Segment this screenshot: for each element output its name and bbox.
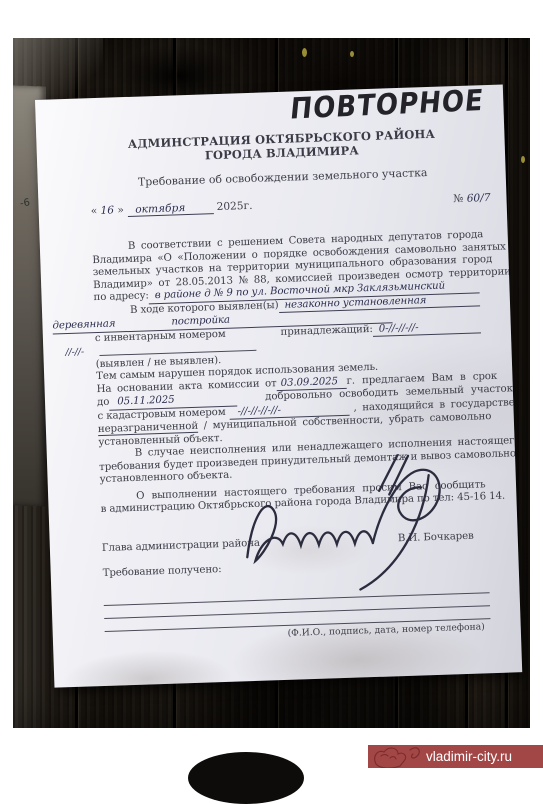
wood-marking: -6	[19, 197, 30, 209]
quote-close: »	[117, 204, 124, 216]
doc-number: № 60/7	[453, 192, 491, 205]
quote-open: «	[91, 205, 98, 217]
date-row: « 16 » октября 2025г. № 60/7	[91, 192, 477, 218]
date-day-handwritten: 16	[100, 204, 114, 216]
lichen-speck	[521, 156, 525, 163]
lichen-speck	[350, 51, 354, 57]
watermark-banner: vladimir-city.ru	[368, 745, 543, 768]
org-name: АДМИНСТРАЦИЯ ОКТЯБРЬСКОГО РАЙОНА ГОРОДА …	[88, 125, 475, 166]
date-year: 2025г.	[216, 200, 252, 213]
address-label: по адресу:	[93, 290, 149, 304]
number-value-handwritten: 60/7	[467, 192, 491, 205]
date-month-handwritten: октября	[127, 201, 213, 217]
lion-emblem-icon	[368, 746, 424, 768]
found-word-structure: постройка	[171, 315, 230, 329]
dark-shape	[188, 752, 304, 768]
found-word-wooden: деревянная	[52, 318, 115, 333]
lichen-speck	[302, 48, 307, 57]
door-photo: -6 ПОВТОРНОЕ АДМИНСТРАЦИЯ ОКТЯБРЬСКОГО Р…	[13, 38, 530, 728]
belong-handwritten-2: //-//-	[65, 347, 84, 359]
watermark-text: vladimir-city.ru	[426, 749, 512, 764]
due-pre: до	[97, 397, 110, 410]
date-field: « 16 » октября 2025г.	[91, 200, 253, 218]
document-title: Требование об освобождении земельного уч…	[90, 164, 476, 190]
number-label: №	[453, 193, 463, 205]
signature-scribble	[192, 452, 467, 621]
notice-paper: ПОВТОРНОЕ АДМИНСТРАЦИЯ ОКТЯБРЬСКОГО РАЙО…	[35, 84, 522, 687]
